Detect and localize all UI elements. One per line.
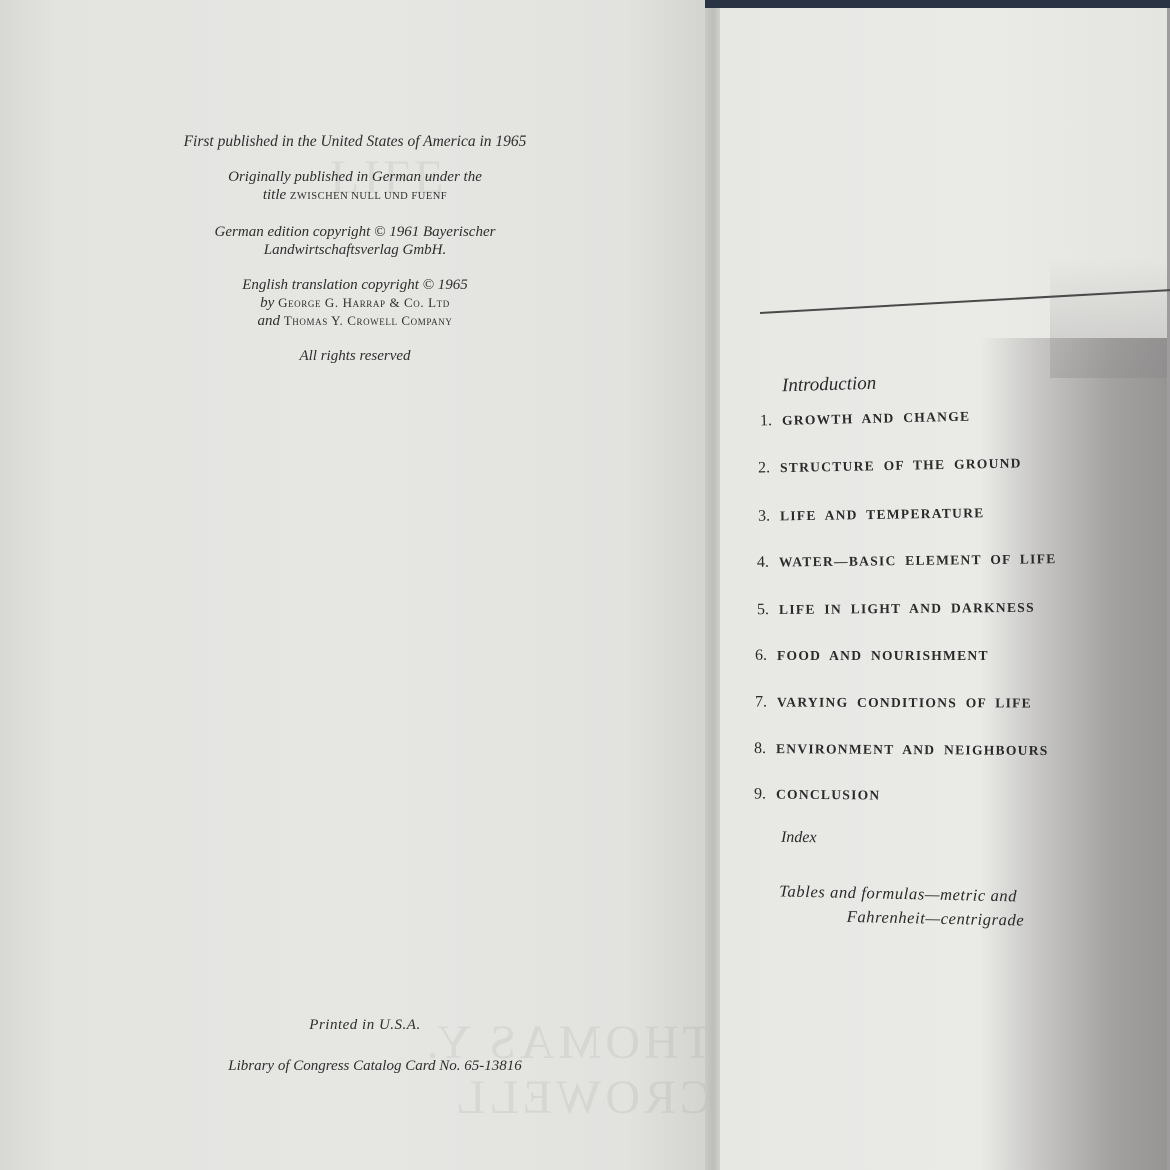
first-published-line: First published in the United States of … — [150, 133, 560, 151]
hand-shadow — [1050, 258, 1170, 378]
publisher-crowell: Thomas Y. Crowell Company — [284, 313, 453, 328]
original-title: ZWISCHEN NULL UND FUENF — [290, 191, 447, 202]
toc-chapter: 6.FOOD AND NOURISHMENT — [755, 647, 989, 665]
copyright-block: First published in the United States of … — [150, 133, 560, 382]
toc-introduction: Introduction — [782, 373, 877, 397]
catalog-card-number: Library of Congress Catalog Card No. 65-… — [190, 1058, 560, 1075]
toc-tables-and-formulas: Tables and formulas—metric and Fahrenhei… — [779, 879, 1026, 932]
english-copyright-statement: English translation copyright © 1965 by … — [150, 276, 560, 330]
book-cover-edge — [705, 0, 1170, 8]
german-copyright-statement: German edition copyright © 1961 Bayerisc… — [150, 223, 560, 259]
publisher-harrap: George G. Harrap & Co. Ltd — [278, 295, 450, 310]
right-page-contents — [720, 8, 1170, 1170]
toc-chapter: 4.WATER—BASIC ELEMENT OF LIFE — [757, 550, 1057, 572]
toc-chapter: 5.LIFE IN LIGHT AND DARKNESS — [757, 599, 1035, 619]
open-book-spread: LIFE THOMAS Y. CROWELL First published i… — [0, 0, 1170, 1170]
left-page-copyright: LIFE THOMAS Y. CROWELL First published i… — [0, 0, 712, 1170]
printed-in-line: Printed in U.S.A. — [230, 1017, 500, 1034]
originally-published-statement: Originally published in German under the… — [150, 168, 560, 206]
toc-chapter: 8.ENVIRONMENT AND NEIGHBOURS — [754, 740, 1049, 760]
rights-reserved: All rights reserved — [150, 347, 560, 365]
toc-chapter: 3.LIFE AND TEMPERATURE — [758, 504, 985, 526]
toc-chapter: 9.CONCLUSION — [754, 785, 881, 804]
toc-index: Index — [781, 829, 817, 847]
toc-chapter: 7.VARYING CONDITIONS OF LIFE — [755, 694, 1032, 713]
